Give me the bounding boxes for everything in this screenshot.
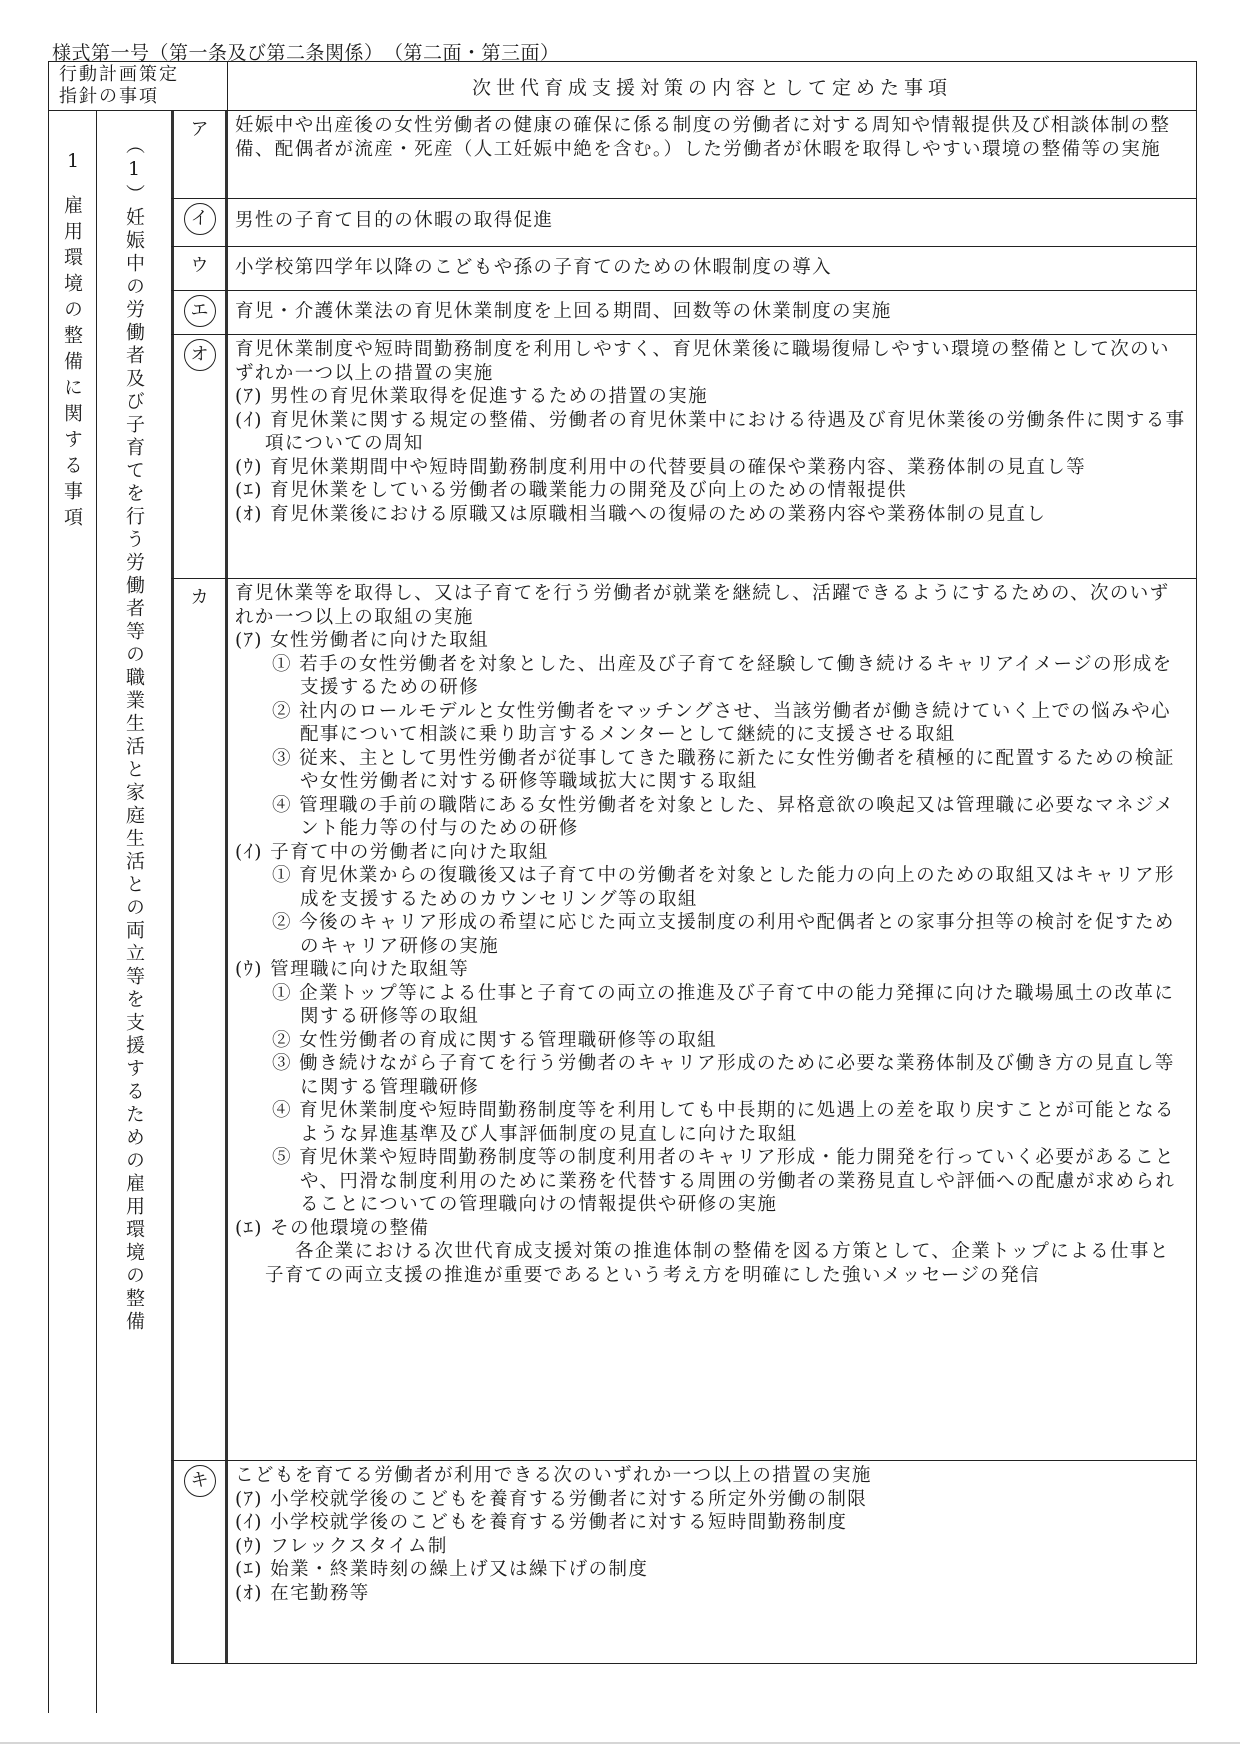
subsection-title: （1）妊娠中の労働者及び子育てを行う労働者等の職業生活と家庭生活との両立等を支援… [121, 135, 148, 1334]
header-guideline-column: 行動計画策定 指針の事項 [49, 62, 228, 110]
circled-mark-icon: オ [184, 339, 216, 371]
item-row-e: エ 育児・介護休業法の育児休業制度を上回る期間、回数等の休業制度の実施 [171, 290, 1197, 334]
circled-mark-icon: イ [184, 203, 216, 235]
item-content: 男性の子育て目的の休暇の取得促進 [228, 199, 1197, 246]
item-label: イ [171, 199, 228, 246]
header-content-column: 次世代育成支援対策の内容として定めた事項 [228, 62, 1196, 110]
item-content: 育児休業制度や短時間勤務制度を利用しやすく、育児休業後に職場復帰しやすい環境の整… [228, 335, 1197, 578]
section-number: 1 [49, 150, 97, 172]
item-label: ウ [171, 247, 228, 290]
item-content: 育児・介護休業法の育児休業制度を上回る期間、回数等の休業制度の実施 [228, 291, 1197, 334]
item-row-u: ウ 小学校第四学年以降のこどもや孫の子育てのための休暇制度の導入 [171, 246, 1197, 290]
section-title: 雇用環境の整備に関する事項 [59, 195, 86, 533]
item-content: 小学校第四学年以降のこどもや孫の子育てのための休暇制度の導入 [228, 247, 1197, 290]
page-bottom-rule [0, 1742, 1240, 1744]
section-column: 1 雇用環境の整備に関する事項 [48, 110, 96, 1713]
header-left-line2: 指針の事項 [59, 86, 227, 108]
item-content: 育児休業等を取得し、又は子育てを行う労働者が就業を継続し、活躍できるようにするた… [228, 579, 1197, 1460]
subsection-column: （1）妊娠中の労働者及び子育てを行う労働者等の職業生活と家庭生活との両立等を支援… [96, 110, 171, 1713]
item-label: カ [171, 579, 228, 1460]
circled-mark-icon: エ [184, 295, 216, 327]
item-row-ka: カ 育児休業等を取得し、又は子育てを行う労働者が就業を継続し、活躍できるようにす… [171, 578, 1197, 1460]
item-content: 妊娠中や出産後の女性労働者の健康の確保に係る制度の労働者に対する周知や情報提供及… [228, 111, 1197, 198]
item-content: こどもを育てる労働者が利用できる次のいずれか一つ以上の措置の実施 (ｱ) 小学校… [228, 1461, 1197, 1663]
item-label: オ [171, 335, 228, 578]
item-row-a: ア 妊娠中や出産後の女性労働者の健康の確保に係る制度の労働者に対する周知や情報提… [171, 110, 1197, 198]
circled-mark-icon: キ [184, 1465, 216, 1497]
item-row-ki: キ こどもを育てる労働者が利用できる次のいずれか一つ以上の措置の実施 (ｱ) 小… [171, 1460, 1197, 1664]
item-row-o: オ 育児休業制度や短時間勤務制度を利用しやすく、育児休業後に職場復帰しやすい環境… [171, 334, 1197, 578]
item-label: エ [171, 291, 228, 334]
item-label: ア [171, 111, 228, 198]
table-header: 行動計画策定 指針の事項 次世代育成支援対策の内容として定めた事項 [48, 61, 1197, 111]
header-left-line1: 行動計画策定 [59, 64, 227, 86]
item-row-i: イ 男性の子育て目的の休暇の取得促進 [171, 198, 1197, 246]
item-label: キ [171, 1461, 228, 1663]
